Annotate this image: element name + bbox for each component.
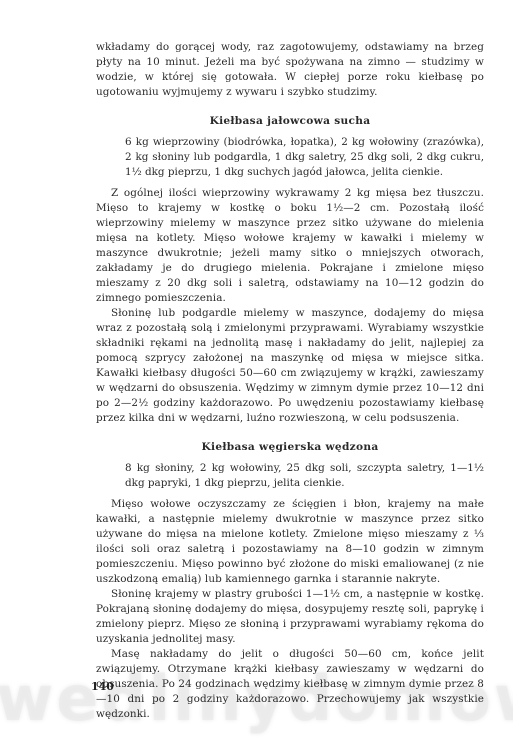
recipe-paragraph: Słoninę lub podgardle mielemy w maszynce…	[96, 306, 484, 426]
section-kielbasa-wegierska: Kiełbasa węgierska wędzona 8 kg słoniny,…	[96, 440, 484, 722]
page-number: 140	[91, 680, 114, 693]
recipe-paragraph: Masę nakładamy do jelit o długości 50—60…	[96, 647, 484, 722]
recipe-paragraph: Mięso wołowe oczyszczamy ze ścięgien i b…	[96, 497, 484, 587]
ingredients-list: 8 kg słoniny, 2 kg wołowiny, 25 dkg soli…	[96, 461, 484, 491]
spacer	[96, 100, 484, 114]
section-title: Kiełbasa jałowcowa sucha	[96, 114, 484, 129]
ingredients-list: 6 kg wieprzowiny (biodrówka, łopatka), 2…	[96, 135, 484, 180]
section-kielbasa-jalowcowa: Kiełbasa jałowcowa sucha 6 kg wieprzowin…	[96, 114, 484, 426]
intro-paragraph: wkładamy do gorącej wody, raz zagotowuje…	[96, 40, 484, 100]
spacer	[96, 426, 484, 440]
recipe-paragraph: Słoninę krajemy w plastry grubości 1—1½ …	[96, 587, 484, 647]
book-page: wkładamy do gorącej wody, raz zagotowuje…	[96, 40, 484, 722]
section-title: Kiełbasa węgierska wędzona	[96, 440, 484, 455]
recipe-paragraph: Z ogólnej ilości wieprzowiny wykrawamy 2…	[96, 186, 484, 306]
